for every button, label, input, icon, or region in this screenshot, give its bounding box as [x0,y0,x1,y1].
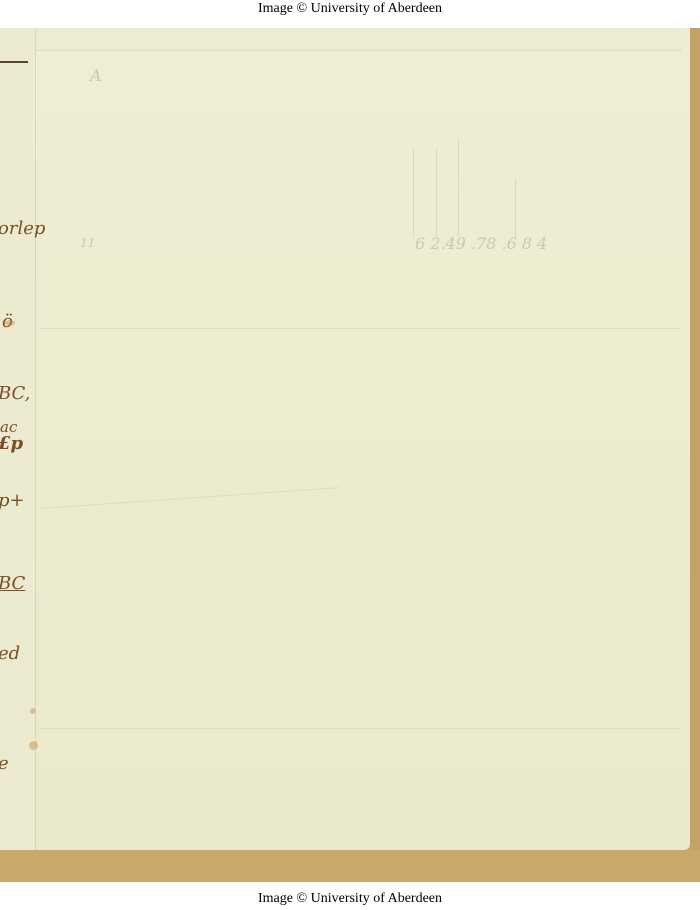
paper-top-fold [0,28,682,51]
margin-ink-text: £p [0,433,23,454]
ink-rule [0,61,28,63]
margin-ink-text: orlep [0,218,45,239]
board-right-edge [690,28,700,882]
board-bottom-edge [0,850,700,882]
margin-ink-text: ed [0,643,20,664]
pencil-column-line [515,178,516,238]
foxing-spot [5,320,15,326]
margin-ink-text: BC, [0,383,30,404]
pencil-column-line [458,138,459,238]
margin-ink-text: p+ [0,490,25,511]
fold-line [35,28,36,858]
pencil-column-line [413,148,414,238]
manuscript-page: A 11 6 2.49 .78 .6 8 4 orlep ö BC, ac £p… [0,28,690,850]
paper-crease [40,728,680,729]
pencil-figures: 6 2.49 .78 .6 8 4 [415,234,547,253]
copyright-caption-top: Image © University of Aberdeen [0,1,700,17]
foxing-spot [30,708,36,714]
manuscript-scan: A 11 6 2.49 .78 .6 8 4 orlep ö BC, ac £p… [0,28,700,882]
copyright-caption-bottom: Image © University of Aberdeen [0,891,700,907]
margin-ink-text: BC [0,573,25,594]
margin-ink-text: e [0,753,9,774]
pencil-column-line [436,148,437,238]
paper-crease [40,487,339,509]
foxing-spot [29,741,38,750]
pencil-annotation: A [90,66,102,85]
pencil-annotation: 11 [80,236,95,250]
paper-crease [40,328,680,329]
